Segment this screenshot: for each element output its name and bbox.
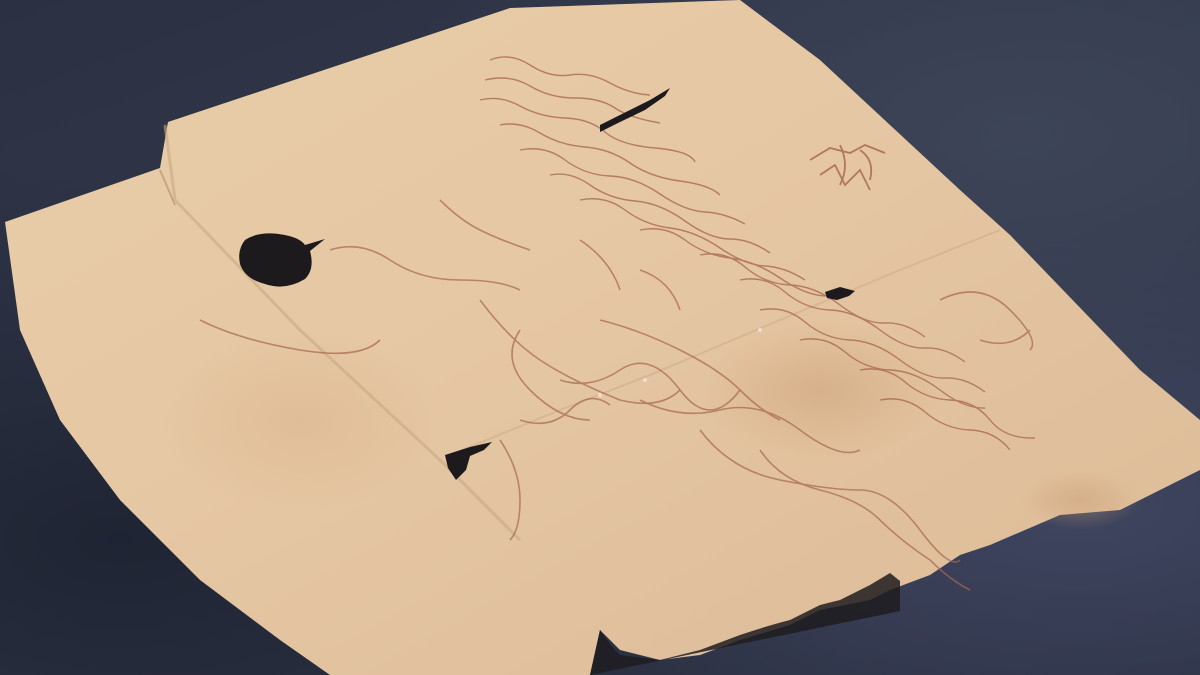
- photo-scene: [0, 0, 1200, 675]
- manuscript-document: [0, 0, 1200, 675]
